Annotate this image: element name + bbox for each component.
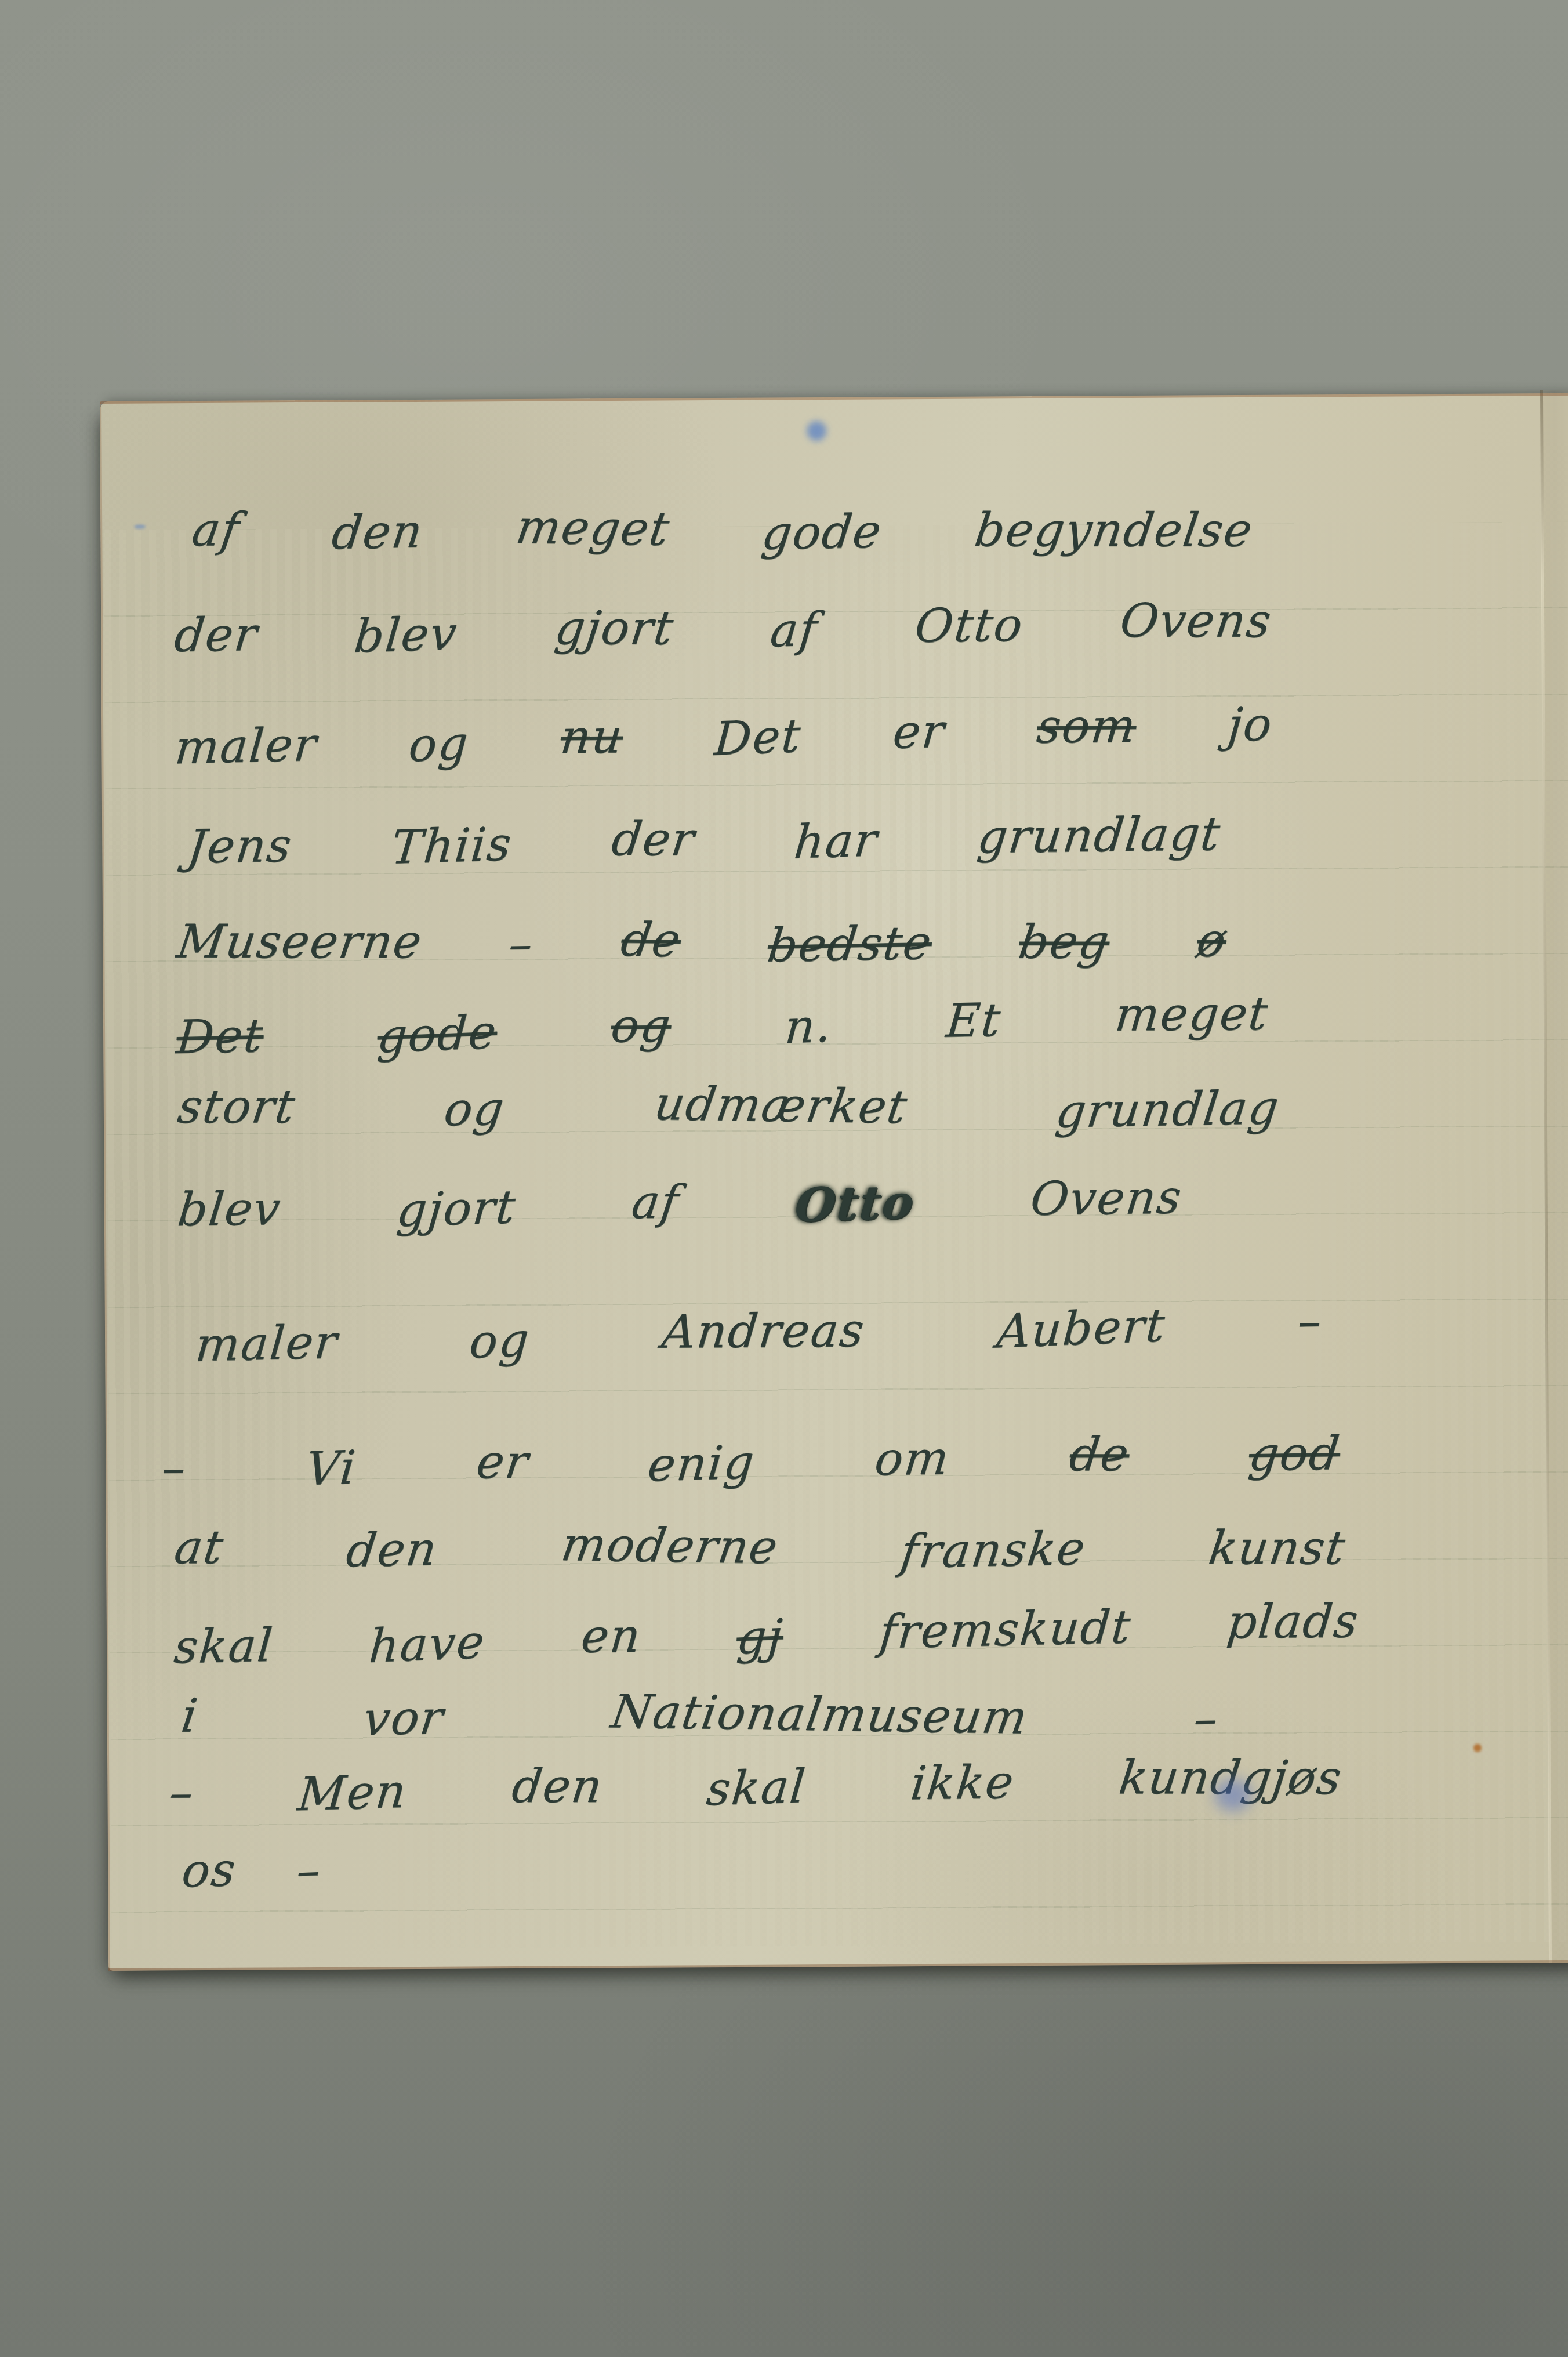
- word: blev: [353, 610, 460, 659]
- word: Andreas: [660, 1307, 868, 1355]
- word: os: [180, 1847, 238, 1894]
- handwriting-line: ivorNationalmuseum–: [179, 1693, 1222, 1740]
- orange-speck: [1473, 1744, 1482, 1752]
- handwriting-line: Museerne–debedstebegø: [174, 919, 1229, 966]
- word: moderne: [558, 1521, 782, 1571]
- word: ikke: [909, 1759, 1017, 1807]
- word: og: [442, 1086, 507, 1133]
- word: gjort: [553, 605, 677, 651]
- word: og: [407, 720, 470, 768]
- word: Men: [296, 1768, 409, 1818]
- word: blev: [176, 1185, 284, 1233]
- word: af: [189, 506, 243, 553]
- struck-word: Det: [175, 1013, 266, 1061]
- word: n.: [783, 1002, 833, 1050]
- word: Thiis: [390, 821, 514, 871]
- word: Ovens: [1118, 598, 1275, 644]
- struck-word: de: [1067, 1431, 1132, 1478]
- word: om: [873, 1435, 952, 1482]
- struck-word: gj: [735, 1613, 785, 1661]
- word: at: [172, 1524, 227, 1571]
- word: skal: [172, 1622, 275, 1671]
- struck-word: nu: [558, 713, 625, 760]
- word: Nationalmuseum: [608, 1688, 1031, 1740]
- word: –: [506, 921, 536, 968]
- struck-word: beg: [1016, 919, 1113, 965]
- blue-pen-tick: [134, 525, 146, 529]
- word: og: [469, 1317, 532, 1365]
- manuscript-paper: afdenmegetgodebegyndelsederblevgjortafOt…: [100, 393, 1568, 1971]
- handwriting-line: os–: [180, 1845, 324, 1894]
- word: meget: [513, 504, 673, 553]
- word: der: [609, 816, 698, 862]
- word: grundlagt: [975, 811, 1224, 860]
- struck-word: gode: [376, 1009, 499, 1060]
- word: gode: [760, 508, 885, 557]
- word: der: [172, 611, 260, 659]
- word: Et: [944, 997, 1003, 1045]
- blue-ink-smudge: [1214, 1779, 1251, 1811]
- word: Aubert: [995, 1302, 1167, 1355]
- word: skal: [705, 1763, 808, 1812]
- blue-ink-dot: [807, 421, 826, 441]
- struck-word: og: [609, 1003, 673, 1050]
- word: af: [630, 1179, 683, 1225]
- word: den: [509, 1763, 605, 1810]
- word: maler: [194, 1319, 340, 1368]
- word: plads: [1225, 1598, 1362, 1645]
- word: den: [344, 1526, 440, 1574]
- word: vor: [361, 1695, 447, 1742]
- word: Vi: [304, 1445, 358, 1493]
- word: har: [792, 817, 880, 865]
- word: er: [891, 708, 947, 756]
- word: stort: [175, 1083, 299, 1130]
- word: enig: [646, 1439, 757, 1489]
- struck-word: de: [618, 916, 685, 964]
- word: –: [167, 1769, 197, 1816]
- struck-word: bedste: [765, 920, 935, 969]
- word: jo: [1226, 701, 1275, 749]
- struck-word: god: [1247, 1430, 1343, 1478]
- word: have: [368, 1619, 487, 1670]
- word: Museerne: [174, 919, 425, 965]
- word: af: [768, 606, 820, 654]
- word: Jens: [185, 822, 295, 870]
- handwriting-line: afdenmegetgodebegyndelse: [189, 506, 1256, 553]
- word: udmærket: [651, 1080, 910, 1130]
- word: Det: [713, 713, 803, 763]
- word: fremskudt: [877, 1604, 1133, 1655]
- word: begyndelse: [972, 507, 1256, 553]
- word: –: [295, 1847, 322, 1895]
- word: maler: [173, 721, 320, 771]
- word: –: [159, 1445, 189, 1492]
- handwriting-line: atdenmodernefranskekunst: [172, 1524, 1349, 1571]
- word: kunst: [1206, 1525, 1349, 1571]
- word: Ovens: [1028, 1174, 1185, 1223]
- word: franske: [898, 1525, 1088, 1575]
- blotted-word: Otto: [793, 1178, 917, 1228]
- word: gjort: [395, 1184, 518, 1234]
- word: den: [329, 508, 426, 556]
- word: –: [1296, 1298, 1324, 1345]
- word: en: [579, 1613, 644, 1660]
- word: meget: [1113, 991, 1271, 1038]
- struck-word: som: [1035, 703, 1138, 750]
- word: Otto: [913, 601, 1026, 649]
- word: grundlag: [1053, 1085, 1282, 1135]
- handwriting-line: stortogudmærketgrundlag: [175, 1083, 1283, 1130]
- word: er: [474, 1439, 531, 1485]
